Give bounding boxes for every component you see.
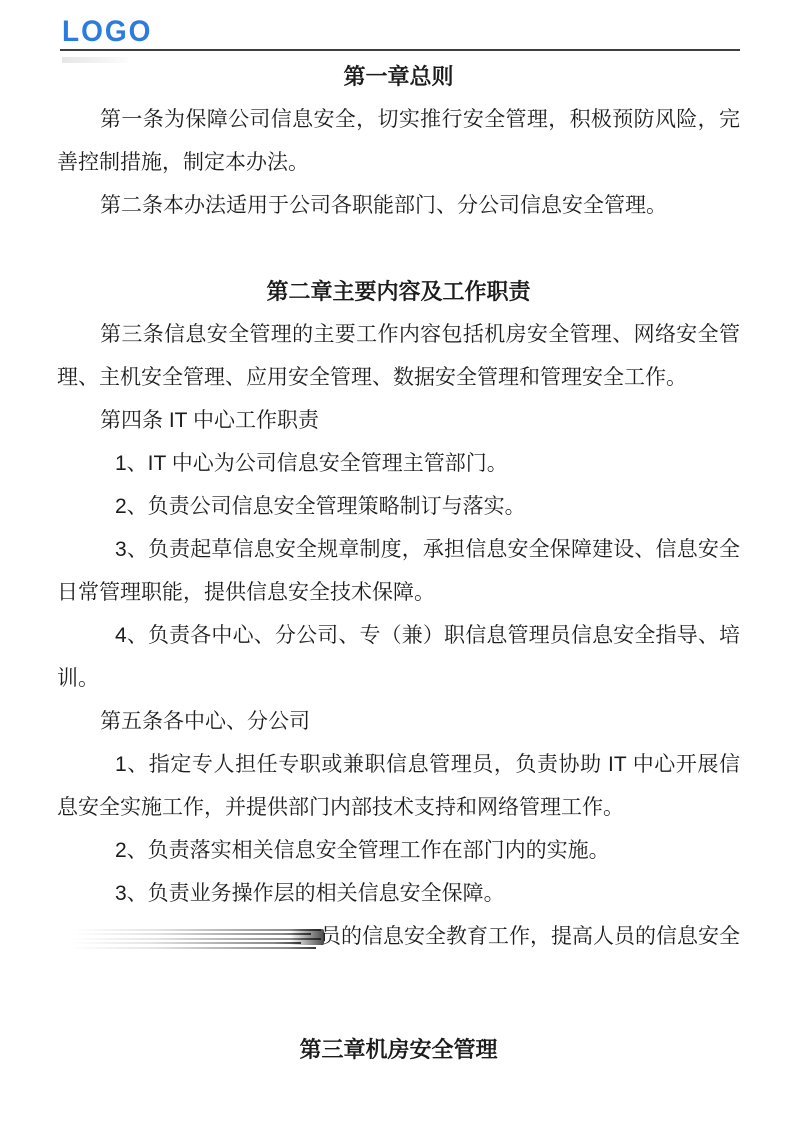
smear-streak [71,938,321,940]
article4-item-4: 4、负责各中心、分公司、专（兼）职信息管理员信息安全指导、培训。 [57,614,740,700]
article5-item-4-partially-obscured: 员的信息安全教育工作，提高人员的信息安全 [57,915,740,958]
article4-item-1: 1、IT 中心为公司信息安全管理主管部门。 [57,442,740,485]
smear-streak [71,942,301,944]
chapter2-title: 第二章主要内容及工作职责 [57,270,740,313]
motion-blur-smear-artifact [71,926,321,948]
article5-item-2: 2、负责落实相关信息安全管理工作在部门内的实施。 [57,829,740,872]
smear-streak [71,929,321,931]
smear-dark-edge [290,929,324,945]
article4-item-2: 2、负责公司信息安全管理策略制订与落实。 [57,485,740,528]
article4-item-3: 3、负责起草信息安全规章制度，承担信息安全保障建设、信息安全日常管理职能，提供信… [57,528,740,614]
article3-paragraph: 第三条信息安全管理的主要工作内容包括机房安全管理、网络安全管理、主机安全管理、应… [57,313,740,399]
article5-item-3: 3、负责业务操作层的相关信息安全保障。 [57,872,740,915]
company-logo: LOGO [62,16,152,48]
blank-line [57,227,740,270]
article2-paragraph: 第二条本办法适用于公司各职能部门、分公司信息安全管理。 [57,184,740,227]
article5-item-1: 1、指定专人担任专职或兼职信息管理员，负责协助 IT 中心开展信息安全实施工作，… [57,743,740,829]
article1-paragraph: 第一条为保障公司信息安全，切实推行安全管理，积极预防风险，完善控制措施，制定本办… [57,98,740,184]
article5-item-4-visible-text: 员的信息安全教育工作，提高人员的信息安全 [320,925,740,948]
document-header: LOGO [0,0,800,46]
document-page: 第一章总则 第一条为保障公司信息安全，切实推行安全管理，积极预防风险，完善控制措… [0,51,800,1071]
smear-streak [71,947,316,949]
chapter3-title: 第三章机房安全管理 [57,1028,740,1071]
header-smudge-artifact [62,57,128,63]
article4-heading: 第四条 IT 中心工作职责 [57,399,740,442]
smear-streak [71,933,311,935]
article5-heading: 第五条各中心、分公司 [57,700,740,743]
chapter1-title: 第一章总则 [57,55,740,98]
